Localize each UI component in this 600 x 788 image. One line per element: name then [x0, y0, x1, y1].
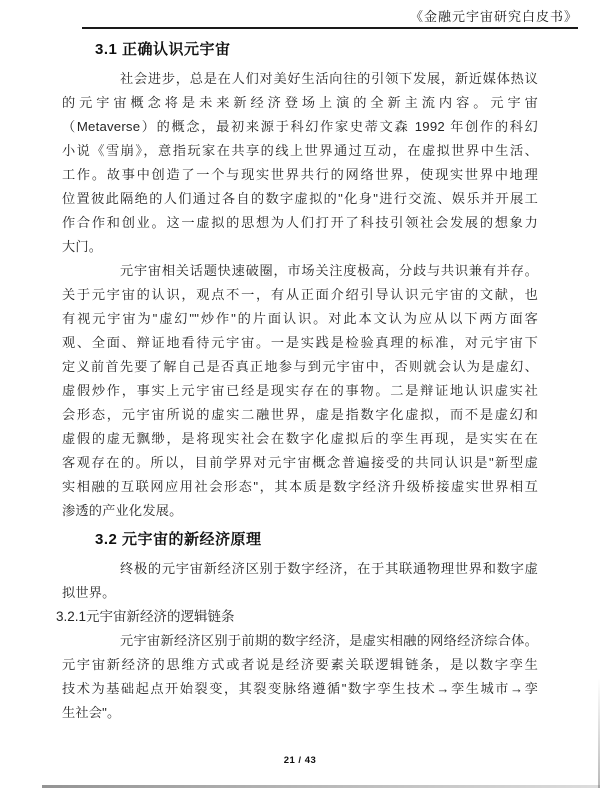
text-line: 关于元宇宙的认识，观点不一，有从正面介绍引导认识元宇宙的文献，也: [62, 283, 538, 307]
text-line: （Metaverse）的概念，最初来源于科幻作家史蒂文森 1992 年创作的科幻: [62, 115, 538, 139]
document-page: 《金融元宇宙研究白皮书》 3.1 正确认识元宇宙 社会进步，总是在人们对美好生活…: [0, 0, 600, 788]
text-line: 定义前首先要了解自己是否真正地参与到元宇宙中，否则就会认为是虚幻、: [62, 355, 538, 379]
text-line: 实相融的互联网应用社会形态"，其本质是数字经济升级桥接虚实世界相互: [62, 475, 538, 499]
page-header: 《金融元宇宙研究白皮书》: [0, 0, 600, 29]
text-line: 小说《雪崩》，意指玩家在共享的线上世界通过互动，在虚拟世界中生活、: [62, 139, 538, 163]
body-text-block: 社会进步，总是在人们对美好生活向往的引领下发展，新近媒体热议的元宇宙概念将是未来…: [62, 67, 538, 523]
text-line: 拟世界。: [62, 581, 538, 605]
text-line: 渗透的产业化发展。: [62, 499, 538, 523]
text-line: 元宇宙新经济区别于前期的数字经济，是虚实相融的网络经济综合体。: [62, 629, 538, 653]
text-line: 终极的元宇宙新经济区别于数字经济，在于其联通物理世界和数字虚: [62, 557, 538, 581]
text-line: 虚假炒作，事实上元宇宙已经是现实存在的事物。二是辩证地认识虚实社: [62, 379, 538, 403]
header-title: 《金融元宇宙研究白皮书》: [0, 9, 600, 24]
text-line: 作合作和创业。这一虚拟的思想为人们打开了科技引领社会发展的想象力: [62, 211, 538, 235]
body-text-block-2: 终极的元宇宙新经济区别于数字经济，在于其联通物理世界和数字虚拟世界。 3.2.1…: [62, 557, 538, 725]
page-number: 21 / 43: [284, 755, 317, 766]
paragraph-3: 终极的元宇宙新经济区别于数字经济，在于其联通物理世界和数字虚拟世界。: [62, 557, 538, 605]
text-line: 观、全面、辩证地看待元宇宙。一是实践是检验真理的标准，对元宇宙下: [62, 331, 538, 355]
page-footer: 21 / 43: [0, 750, 600, 768]
text-line: 有视元宇宙为"虚幻""炒作"的片面认识。对此本文认为应从以下两方面客: [62, 307, 538, 331]
header-divider: [82, 27, 578, 29]
text-line: 工作。故事中创造了一个与现实世界共行的网络世界，使现实世界中地理: [62, 163, 538, 187]
paragraph-1: 社会进步，总是在人们对美好生活向往的引领下发展，新近媒体热议的元宇宙概念将是未来…: [62, 67, 538, 259]
section-heading-3-1: 3.1 正确认识元宇宙: [95, 41, 600, 59]
paragraph-2: 元宇宙相关话题快速破圈，市场关注度极高，分歧与共识兼有并存。关于元宇宙的认识，观…: [62, 259, 538, 523]
paragraph-4: 元宇宙新经济区别于前期的数字经济，是虚实相融的网络经济综合体。元宇宙新经济的思维…: [62, 629, 538, 725]
text-line: 位置彼此隔绝的人们通过各自的数字虚拟的"化身"进行交流、娱乐并开展工: [62, 187, 538, 211]
text-line: 社会进步，总是在人们对美好生活向往的引领下发展，新近媒体热议: [62, 67, 538, 91]
text-line: 元宇宙相关话题快速破圈，市场关注度极高，分歧与共识兼有并存。: [62, 259, 538, 283]
text-line: 会形态，元宇宙所说的虚实二融世界，虚是指数字化虚拟，而不是虚幻和: [62, 403, 538, 427]
text-line: 客观存在的。所以，目前学界对元宇宙概念普遍接受的共同认识是"新型虚: [62, 451, 538, 475]
text-line: 元宇宙新经济的思维方式或者说是经济要素关联逻辑链条，是以数字孪生: [62, 653, 538, 677]
section-heading-3-2: 3.2 元宇宙的新经济原理: [95, 531, 600, 549]
text-line: 生社会"。: [62, 701, 538, 725]
text-line: 技术为基础起点开始裂变，其裂变脉络遵循"数字孪生技术→孪生城市→孪: [62, 677, 538, 701]
text-line: 的元宇宙概念将是未来新经济登场上演的全新主流内容。元宇宙: [62, 91, 538, 115]
text-line: 虚假的虚无飘缈，是将现实社会在数字化虚拟后的孪生再现，是实实在在: [62, 427, 538, 451]
subsection-heading-3-2-1: 3.2.1元宇宙新经济的逻辑链条: [56, 605, 538, 629]
text-line: 大门。: [62, 235, 538, 259]
